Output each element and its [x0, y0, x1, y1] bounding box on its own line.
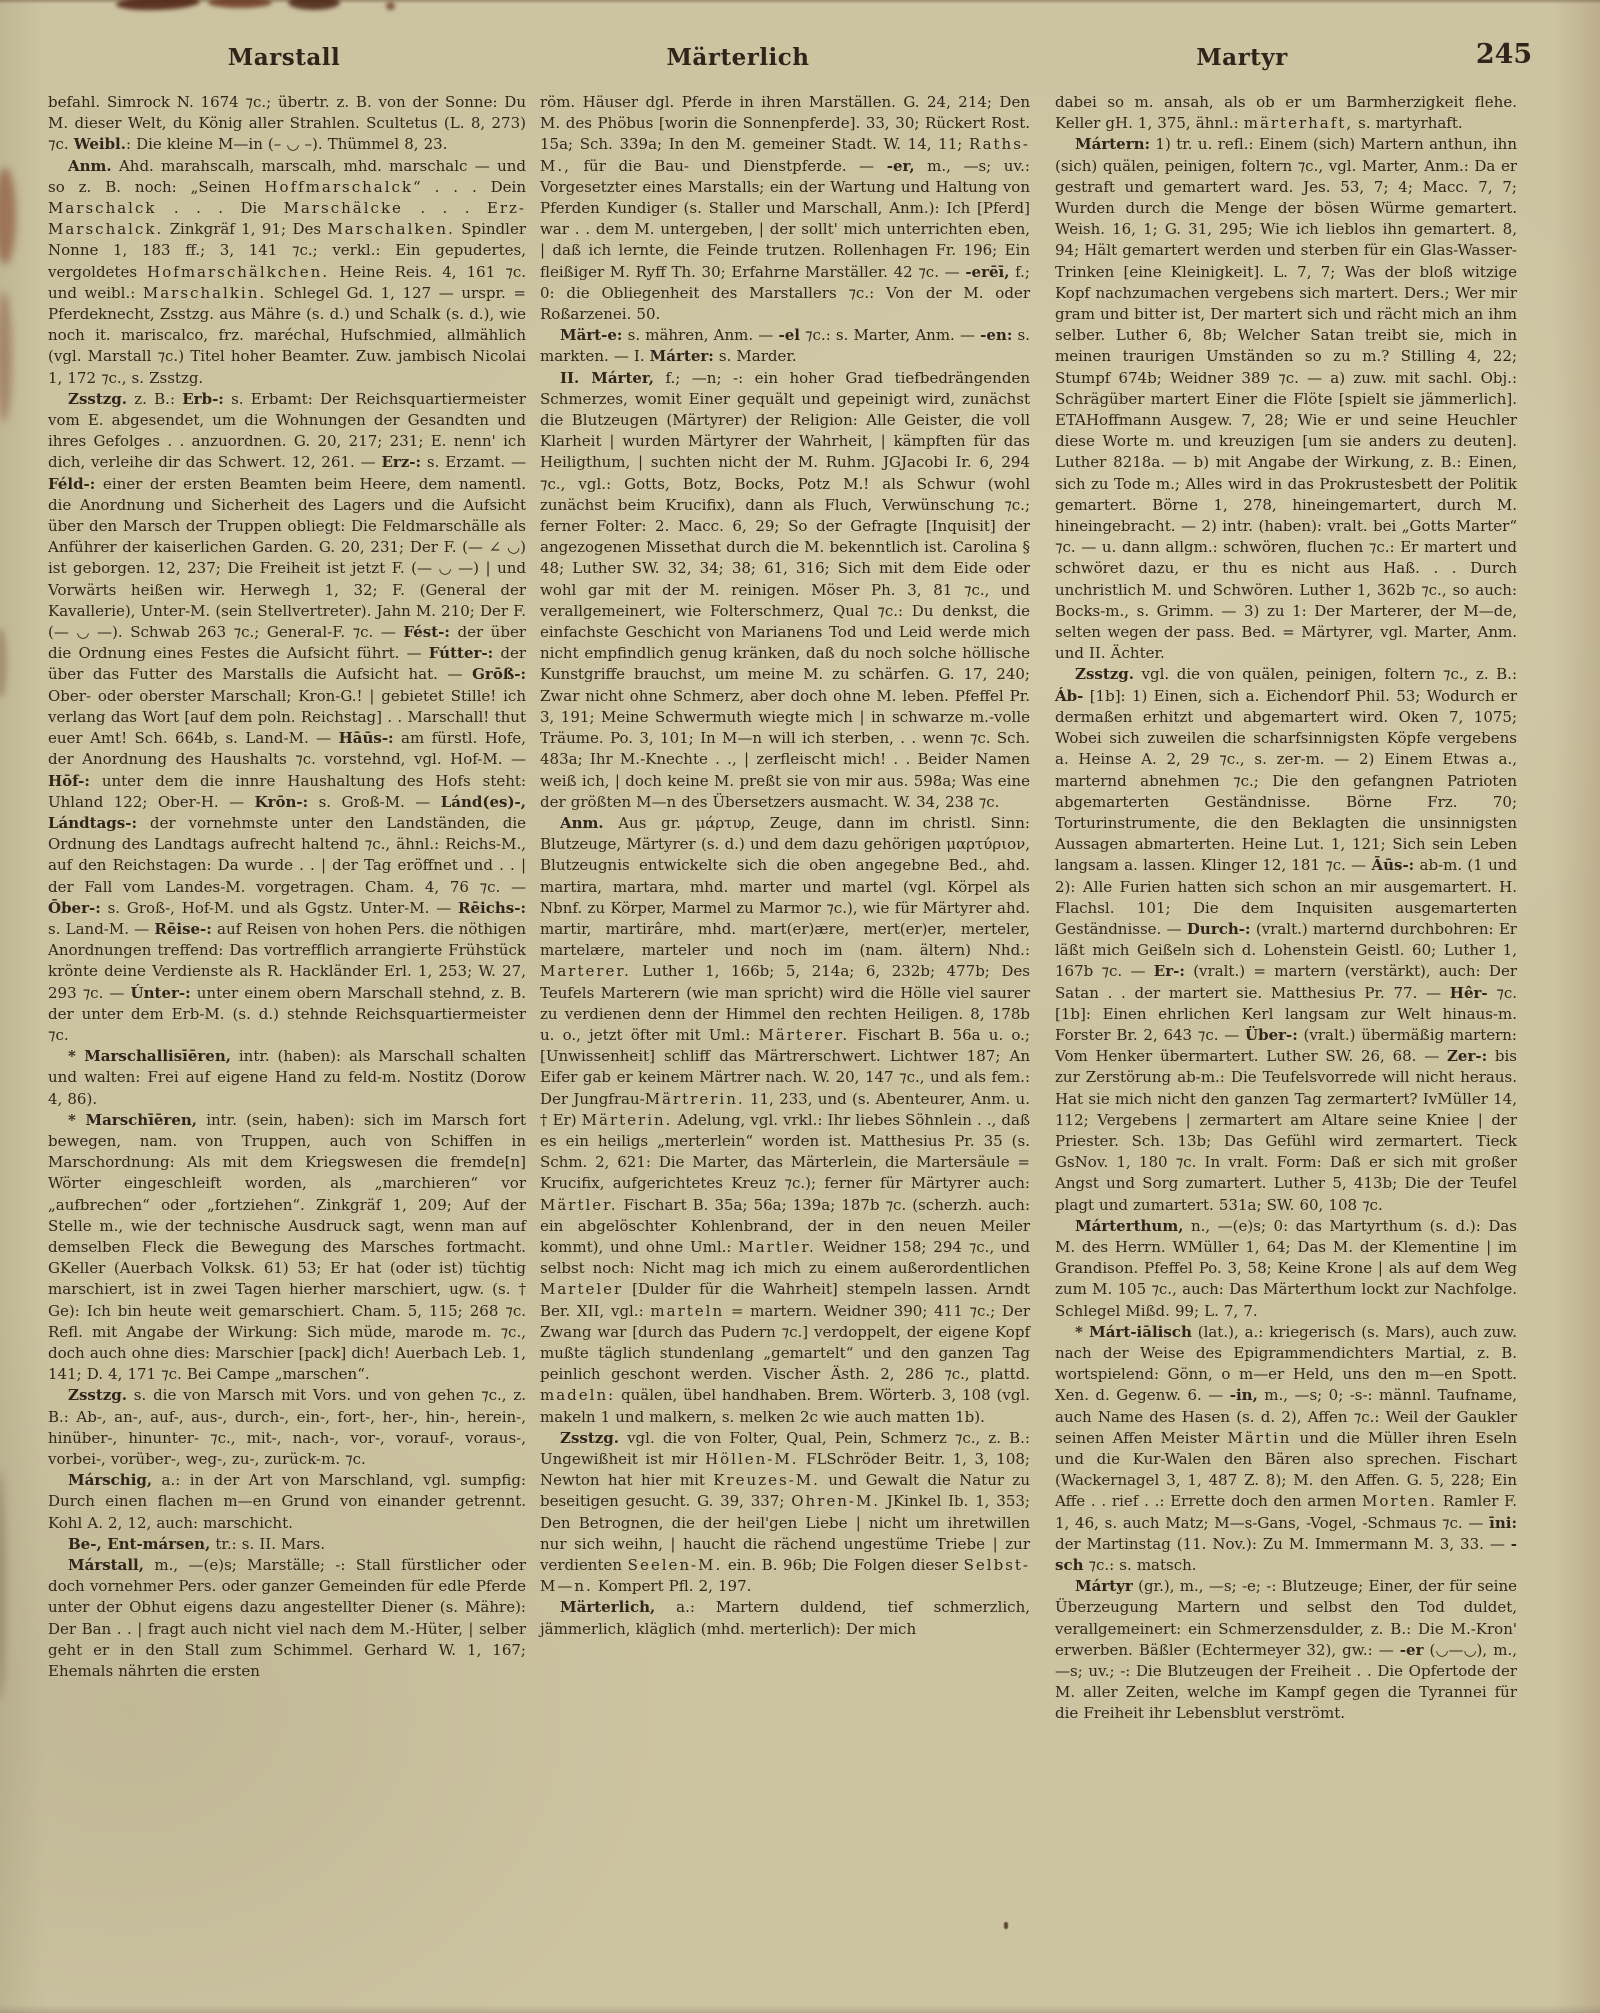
headword: Ōber-: [48, 899, 101, 917]
spaced-term: Hofmarschälkchen. [147, 263, 329, 281]
spaced-term: Hoffmarschalck [264, 178, 413, 196]
paragraph: * Márt-iālisch (lat.), a.: kriegerisch (… [1055, 1322, 1517, 1576]
headword: Hāūs-: [339, 729, 394, 747]
headword: Áb- [1055, 687, 1083, 705]
spaced-term: Marschalck [48, 199, 156, 217]
paragraph: Márstall, m., —(e)s; Marställe; -: Stall… [48, 1555, 526, 1682]
spaced-term: Morten. [1362, 1492, 1437, 1510]
ink-stain [386, 2, 395, 10]
spaced-term: Martler. [738, 1238, 815, 1256]
headword: Über-: [1245, 1026, 1298, 1044]
text-run: s. Groß-, Hof-M. und als Ggstz. Unter-M.… [101, 899, 458, 917]
text-run: röm. Häuser dgl. Pferde in ihren Marstäl… [540, 93, 1030, 153]
paragraph: Mártyr (gr.), m., —s; -e; -: Blutzeuge; … [1055, 1576, 1517, 1724]
paragraph: Anm. Ahd. marahscalh, marscalh, mhd. mar… [48, 156, 526, 389]
spaced-term: Marschalken. [327, 220, 454, 238]
text-run: “ . . . Dein [413, 178, 526, 196]
ink-stain [288, 0, 340, 10]
paragraph: röm. Häuser dgl. Pferde in ihren Marstäl… [540, 92, 1030, 325]
paragraph: Be-, Ent-mársen, tr.: s. II. Mars. [48, 1534, 526, 1555]
spaced-term: Märterer. [758, 1026, 849, 1044]
text-run: s. Land-M. — [48, 920, 154, 938]
headword: * Marschallisīēren, [68, 1047, 231, 1065]
text-run: s. martyrhaft. [1353, 114, 1463, 132]
spaced-term: märterhaft, [1244, 114, 1353, 132]
text-run: 1) tr. u. refl.: Einem (sich) Martern an… [1055, 135, 1517, 662]
text-run: bis zur Zerstörung ab-m.: Die Teufelsvor… [1055, 1047, 1517, 1213]
headword: Mártern: [1075, 135, 1150, 153]
headword: Märt-e: [560, 326, 622, 344]
spaced-term: Marterer. [540, 962, 631, 980]
text-run: ⁊c.: s. Marter, Anm. — [800, 326, 980, 344]
headword: Rēichs-: [458, 899, 526, 917]
headword: -erēī, [965, 263, 1009, 281]
headword: Erb-: [182, 390, 224, 408]
running-head-center: Märterlich [666, 44, 809, 72]
text-run: f.; —n; -: ein hoher Grad tiefbedrängend… [540, 369, 1030, 811]
headword: Márterthum, [1075, 1217, 1183, 1235]
text-run: Aus gr. μάρτυρ, Zeuge, dann im christl. … [540, 814, 1030, 959]
headword: * Márt-iālisch [1075, 1323, 1192, 1341]
headword: īni: [1489, 1514, 1517, 1532]
text-run: [1b]: 1) Einen, sich a. Eichendorf Phil.… [1055, 687, 1517, 875]
headword: Hêr- [1450, 984, 1488, 1002]
headword: Erz-: [381, 453, 421, 471]
paragraph: Märt-e: s. mähren, Anm. — -el ⁊c.: s. Ma… [540, 325, 1030, 367]
paragraph: befahl. Simrock N. 1674 ⁊c.; übertr. z. … [48, 92, 526, 156]
spaced-term: Marschälcke [284, 199, 403, 217]
text-run: s. mähren, Anm. — [622, 326, 778, 344]
spaced-term: Märterin. [582, 1111, 673, 1129]
text-run: einer der ersten Beamten beim Heere, dem… [48, 475, 526, 641]
headword: -el [778, 326, 799, 344]
text-run: Kompert Pfl. 2, 197. [593, 1577, 752, 1595]
paragraph: * Marschallisīēren, intr. (haben): als M… [48, 1046, 526, 1110]
spaced-term: Marschalkin. [143, 284, 266, 302]
paragraph: Zsstzg. s. die von Marsch mit Vors. und … [48, 1385, 526, 1470]
paragraph: Zsstzg. z. B.: Erb-: s. Erbamt: Der Reic… [48, 389, 526, 1046]
headword: Zsstzg. [560, 1429, 619, 1447]
ink-stain [208, 0, 272, 8]
spaced-term: Höllen-M. [705, 1450, 798, 1468]
ink-stain [116, 0, 200, 11]
headword: Zsstzg. [68, 390, 127, 408]
headword: Fútter-: [429, 644, 493, 662]
binding-smudge [0, 168, 16, 264]
paragraph: Márschig, a.: in der Art von Marschland,… [48, 1470, 526, 1534]
text-run: z. B.: [127, 390, 182, 408]
headword: Durch-: [1187, 920, 1251, 938]
spaced-term: Märtler. [540, 1196, 617, 1214]
headword: -er [1400, 1641, 1424, 1659]
headword: Mártyr [1075, 1577, 1133, 1595]
spaced-term: Seelen-M. [628, 1556, 723, 1574]
headword: -en: [980, 326, 1012, 344]
paragraph: Märterlich, a.: Martern duldend, tief sc… [540, 1597, 1030, 1639]
page-bottom-edge-shadow [0, 2005, 1600, 2013]
headword: Weibl. [74, 135, 126, 153]
text-run: : Die kleine M—in (– ◡ –). Thümmel 8, 23… [126, 135, 447, 153]
text-run: s. Groß-M. — [308, 793, 441, 811]
paragraph: * Marschīēren, intr. (sein, haben): sich… [48, 1110, 526, 1386]
text-run: . . . [403, 199, 487, 217]
spaced-term: Kreuzes-M. [713, 1471, 820, 1489]
headword: Zsstzg. [1075, 665, 1134, 683]
binding-smudge [0, 628, 7, 698]
headword: II. Márter, [560, 369, 654, 387]
headword: Er-: [1154, 962, 1185, 980]
paragraph: Zsstzg. vgl. die von quälen, peinigen, f… [1055, 664, 1517, 1215]
spaced-term: Märtrerin. [645, 1090, 745, 1108]
binding-smudge [0, 1470, 6, 1700]
headword: Märterlich, [560, 1598, 655, 1616]
headword: * Marschīēren, [68, 1111, 197, 1129]
paragraph: II. Márter, f.; —n; -: ein hoher Grad ti… [540, 368, 1030, 813]
running-head-right: Martyr [1196, 44, 1288, 72]
text-run: m., —(e)s; Marställe; -: Stall fürstlich… [48, 1556, 526, 1680]
headword: Be-, Ent-mársen, [68, 1535, 210, 1553]
text-run: für die Bau- und Dienstpferde. — [571, 157, 887, 175]
text-column-2: röm. Häuser dgl. Pferde in ihren Marstäl… [540, 92, 1030, 1640]
headword: -in, [1230, 1386, 1258, 1404]
headword: Hōf-: [48, 772, 90, 790]
text-column-1: befahl. Simrock N. 1674 ⁊c.; übertr. z. … [48, 92, 526, 1682]
headword: Grōß-: [472, 665, 526, 683]
headword: Márter: [650, 347, 714, 365]
text-run: ⁊c.: s. matsch. [1083, 1556, 1196, 1574]
text-run: tr.: s. II. Mars. [210, 1535, 325, 1553]
text-column-3: dabei so m. ansah, als ob er um Barmherz… [1055, 92, 1517, 1725]
ink-speck [1004, 1922, 1008, 1929]
spaced-term: Märtin [1227, 1429, 1291, 1447]
text-run: s. Marder. [714, 347, 797, 365]
headword: Anm. [560, 814, 604, 832]
headword: Fést-: [403, 623, 450, 641]
text-run: Zinkgräf 1, 91; Des [163, 220, 327, 238]
headword: Zsstzg. [68, 1386, 127, 1404]
headword: Āūs-: [1371, 856, 1414, 874]
paragraph: Márterthum, n., —(e)s; 0: das Martyrthum… [1055, 1216, 1517, 1322]
spaced-term: marteln [650, 1302, 724, 1320]
dictionary-page-scan: Marstall Märterlich Martyr 245 befahl. S… [0, 0, 1600, 2013]
text-run: s. Erzamt. — [421, 453, 526, 471]
text-run: . . . Die [156, 199, 283, 217]
paragraph: Zsstzg. vgl. die von Folter, Qual, Pein,… [540, 1428, 1030, 1598]
headword: Zer-: [1447, 1047, 1487, 1065]
headword: Márschig, [68, 1471, 152, 1489]
spaced-term: madeln: [540, 1386, 615, 1404]
headword: Féld-: [48, 475, 95, 493]
binding-smudge [0, 292, 12, 422]
paragraph: dabei so m. ansah, als ob er um Barmherz… [1055, 92, 1517, 134]
headword: Márstall, [68, 1556, 144, 1574]
headword: -er, [887, 157, 915, 175]
spaced-term: Ohren-M. [791, 1492, 880, 1510]
running-head-left: Marstall [228, 44, 340, 72]
text-run: m., —s; uv.: Vorgesetzter eines Marstall… [540, 157, 1030, 281]
text-run: intr. (sein, haben): sich im Marsch fort… [48, 1111, 526, 1383]
spaced-term: Marteler [540, 1280, 623, 1298]
text-run: vgl. die von quälen, peinigen, foltern ⁊… [1134, 665, 1517, 683]
paragraph: Anm. Aus gr. μάρτυρ, Zeuge, dann im chri… [540, 813, 1030, 1428]
page-number: 245 [1476, 40, 1532, 70]
headword: Krōn-: [255, 793, 309, 811]
headword: Anm. [68, 157, 112, 175]
headword: Rēise-: [154, 920, 211, 938]
paragraph: Mártern: 1) tr. u. refl.: Einem (sich) M… [1055, 134, 1517, 664]
headword: Únter-: [131, 984, 191, 1002]
text-run: der Martinstag (11. Nov.): Zu M. Immerma… [1055, 1535, 1511, 1553]
text-run: ein. B. 96b; Die Folgen dieser [722, 1556, 963, 1574]
